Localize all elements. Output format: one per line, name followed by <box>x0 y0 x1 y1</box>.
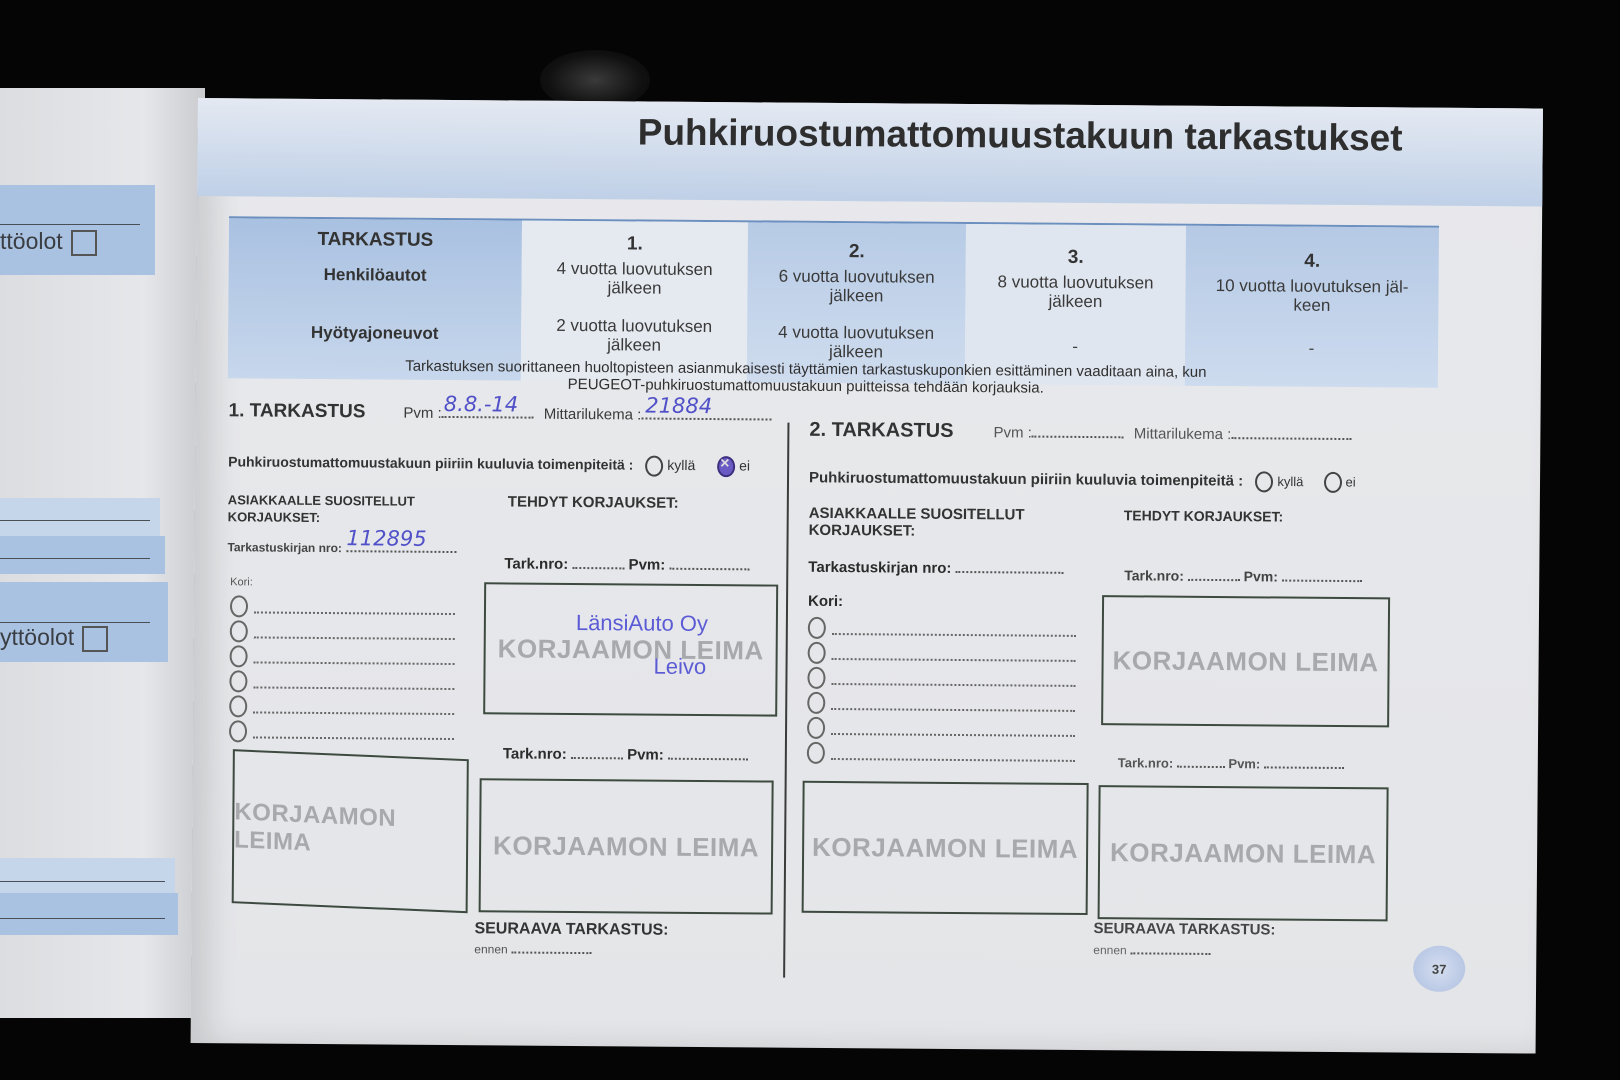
mittari-value: 21884 <box>645 394 712 419</box>
next-label: SEURAAVA TARKASTUS: <box>1093 920 1275 938</box>
stamp-box-1c: KORJAAMON LEIMA <box>479 778 774 914</box>
left-band <box>0 858 175 898</box>
dotted-line <box>254 599 455 615</box>
book-number-row: Tarkastuskirjan nro: 112895 <box>227 538 456 558</box>
dotted-line <box>254 624 455 640</box>
tark-field[interactable] <box>1177 766 1225 768</box>
column-number: 2. <box>748 240 966 264</box>
tark-label: Tark.nro: <box>504 555 568 573</box>
pvm2-label: Pvm: <box>1228 756 1260 771</box>
kori-item[interactable] <box>230 618 455 645</box>
next-inspection-2: SEURAAVA TARKASTUS: ennen <box>1093 920 1275 958</box>
mittari-field[interactable] <box>1231 437 1351 440</box>
book-number-row: Tarkastuskirjan nro: <box>808 559 1063 578</box>
mittari-label: Mittarilukema : <box>544 406 642 424</box>
left-line <box>0 918 165 919</box>
schedule-header: TARKASTUS <box>229 228 522 252</box>
left-lower-label: yttöolot <box>0 624 108 652</box>
kori-item[interactable] <box>808 640 1076 667</box>
tark-field[interactable] <box>572 567 624 569</box>
radio-ei-checked[interactable] <box>717 456 735 477</box>
before-label: ennen <box>474 942 507 956</box>
book-no-value: 112895 <box>346 526 426 551</box>
kori-item[interactable] <box>230 593 455 620</box>
next-inspection-1: SEURAAVA TARKASTUS: ennen <box>474 920 668 958</box>
book-no-field[interactable] <box>956 571 1064 574</box>
cell-henkiloautot: 10 vuotta luovutuksen jäl-keen <box>1185 276 1438 316</box>
warranty-question: Puhkiruostumattomuustakuun piiriin kuulu… <box>228 452 773 477</box>
left-line <box>0 622 150 623</box>
cell-hyotyajoneuvot: 4 vuotta luovutuksen jälkeen <box>747 322 965 362</box>
kori-item[interactable] <box>807 690 1075 717</box>
kori-label: Kori: <box>808 593 843 610</box>
checkbox-circle[interactable] <box>229 670 247 692</box>
inspection-1-header: 1. TARKASTUS Pvm : 8.8.-14 Mittarilukema… <box>228 400 773 426</box>
pvm2-field[interactable] <box>668 758 748 761</box>
cell-hyotyajoneuvot: - <box>1185 338 1438 359</box>
checkbox-circle[interactable] <box>230 620 248 642</box>
option-no-label: ei <box>1346 474 1356 489</box>
repairs-headers: ASIAKKAALLE SUOSITELLUT KORJAUKSET: TEHD… <box>809 505 1399 544</box>
pvm2-label: Pvm: <box>629 556 666 573</box>
dotted-line <box>831 670 1075 686</box>
checkbox-circle[interactable] <box>808 616 826 638</box>
stamp-placeholder: KORJAAMON LEIMA <box>493 830 759 863</box>
schedule-label-column: TARKASTUS Henkilöautot Hyötyajoneuvot <box>228 218 522 380</box>
before-label: ennen <box>1093 943 1126 957</box>
left-band <box>0 536 165 574</box>
dotted-line <box>253 674 454 690</box>
kori-item[interactable] <box>229 718 454 745</box>
repairs-headers: ASIAKKAALLE SUOSITELLUT KORJAUKSET: TEHD… <box>228 491 773 529</box>
stamp-placeholder: KORJAAMON LEIMA <box>234 798 466 864</box>
option-no-label: ei <box>739 457 750 473</box>
before-field[interactable] <box>511 951 591 954</box>
checkbox[interactable] <box>71 230 97 256</box>
stamp-placeholder: KORJAAMON LEIMA <box>812 831 1078 864</box>
inspection-2: 2. TARKASTUS Pvm : Mittarilukema : Puhki… <box>809 419 1400 544</box>
row-label-henkiloautot: Henkilöautot <box>229 264 522 286</box>
cell-hyotyajoneuvot: - <box>965 336 1185 357</box>
pvm2-label: Pvm: <box>1244 568 1278 584</box>
done-label: TEHDYT KORJAUKSET: <box>508 493 679 528</box>
left-lower-text: yttöolot <box>0 624 74 650</box>
inspection-title: 2. TARKASTUS <box>809 419 953 443</box>
done-label: TEHDYT KORJAUKSET: <box>1124 507 1284 542</box>
left-upper-text: ttöolot <box>0 228 63 254</box>
pvm-field[interactable] <box>1032 436 1124 439</box>
checkbox-circle[interactable] <box>807 691 825 713</box>
stamp-box-1a: KORJAAMON LEIMA LänsiAuto Oy Leivo <box>483 582 778 716</box>
left-band <box>0 893 178 935</box>
option-yes-label: kyllä <box>1277 474 1303 489</box>
pvm-field[interactable]: 8.8.-14 <box>442 416 534 419</box>
shop-stamp-city: Leivo <box>653 654 706 680</box>
left-line <box>0 881 165 882</box>
tark-label: Tark.nro: <box>1124 567 1184 583</box>
stamp-placeholder: KORJAAMON LEIMA <box>1110 837 1376 870</box>
kori-item[interactable] <box>229 668 454 695</box>
stamp-box-2c: KORJAAMON LEIMA <box>1098 785 1389 921</box>
kori-list-2 <box>807 615 1076 767</box>
pvm2-field[interactable] <box>1264 766 1344 769</box>
tark-field[interactable] <box>571 757 623 759</box>
cell-henkiloautot: 8 vuotta luovutuksen jälkeen <box>965 272 1185 312</box>
left-upper-label: ttöolot <box>0 228 97 256</box>
inspection-title: 1. TARKASTUS <box>228 400 365 423</box>
checkbox-circle[interactable] <box>230 595 248 617</box>
checkbox-circle[interactable] <box>807 666 825 688</box>
kori-item[interactable] <box>807 715 1075 742</box>
column-number: 3. <box>966 246 1186 270</box>
left-page: ttöolot yttöolot <box>0 88 205 1018</box>
recommended-label: ASIAKKAALLE SUOSITELLUT KORJAUKSET: <box>228 491 508 527</box>
cell-henkiloautot: 4 vuotta luovutuksen jälkeen <box>521 259 747 299</box>
tark-row-4: Tark.nro: Pvm: <box>1118 755 1344 772</box>
tark-field[interactable] <box>1188 579 1240 581</box>
question-text: Puhkiruostumattomuustakuun piiriin kuulu… <box>809 469 1243 489</box>
kori-item[interactable] <box>230 643 455 670</box>
dotted-line <box>832 645 1076 661</box>
radio-ei[interactable] <box>1323 472 1341 493</box>
page-number-badge: 37 <box>1413 946 1465 992</box>
inspection-2-header: 2. TARKASTUS Pvm : Mittarilukema : <box>809 419 1399 447</box>
pvm-value: 8.8.-14 <box>444 392 519 417</box>
dotted-line <box>831 695 1075 711</box>
kori-item[interactable] <box>807 665 1075 692</box>
checkbox-circle[interactable] <box>229 720 247 742</box>
pvm2-field[interactable] <box>669 568 749 571</box>
mittari-field[interactable]: 21884 <box>641 417 771 420</box>
pvm2-field[interactable] <box>1282 580 1362 583</box>
option-yes-label: kyllä <box>667 457 695 473</box>
dotted-line <box>831 745 1075 761</box>
tark-label: Tark.nro: <box>503 745 567 763</box>
question-text: Puhkiruostumattomuustakuun piiriin kuulu… <box>228 453 633 472</box>
dotted-line <box>254 649 455 665</box>
next-label: SEURAAVA TARKASTUS: <box>474 920 668 940</box>
inspection-1: 1. TARKASTUS Pvm : 8.8.-14 Mittarilukema… <box>228 400 774 529</box>
row-label-hyotyajoneuvot: Hyötyajoneuvot <box>228 322 521 344</box>
stamp-box-2b: KORJAAMON LEIMA <box>802 781 1089 915</box>
checkbox-circle[interactable] <box>807 741 825 763</box>
checkbox-circle[interactable] <box>808 641 826 663</box>
cell-henkiloautot: 6 vuotta luovutuksen jälkeen <box>747 266 965 306</box>
mittari-label: Mittarilukema : <box>1134 425 1232 443</box>
page-title: Puhkiruostumattomuustakuun tarkastukset <box>638 111 1403 159</box>
tark-label: Tark.nro: <box>1118 755 1174 770</box>
shop-stamp-name: LänsiAuto Oy <box>576 610 708 637</box>
before-field[interactable] <box>1130 952 1210 955</box>
dotted-line <box>831 720 1075 736</box>
column-number: 4. <box>1186 250 1439 274</box>
dotted-line <box>832 620 1076 636</box>
kori-item[interactable] <box>807 740 1075 767</box>
tark-row-3: Tark.nro: Pvm: <box>1124 567 1362 585</box>
tark-row-1: Tark.nro: Pvm: <box>504 555 749 574</box>
warranty-question: Puhkiruostumattomuustakuun piiriin kuulu… <box>809 468 1399 494</box>
dotted-line <box>253 699 454 715</box>
left-line <box>0 558 150 559</box>
cell-hyotyajoneuvot: 2 vuotta luovutuksen jälkeen <box>521 316 747 356</box>
tark-row-2: Tark.nro: Pvm: <box>503 745 748 764</box>
left-band <box>0 498 160 538</box>
booklet-page: Puhkiruostumattomuustakuun tarkastukset … <box>191 98 1543 1054</box>
stamp-box-1b: KORJAAMON LEIMA <box>232 749 469 913</box>
recommended-label: ASIAKKAALLE SUOSITELLUT KORJAUKSET: <box>809 505 1124 541</box>
pvm-label: Pvm : <box>403 405 441 422</box>
dotted-line <box>253 724 454 740</box>
column-divider <box>783 423 789 978</box>
stamp-box-2a: KORJAAMON LEIMA <box>1101 595 1390 727</box>
book-no-label: Tarkastuskirjan nro: <box>808 559 951 577</box>
kori-item[interactable] <box>229 693 454 720</box>
pvm2-label: Pvm: <box>627 746 664 763</box>
left-line <box>0 520 150 521</box>
radio-kylla[interactable] <box>645 456 663 477</box>
stamp-placeholder: KORJAAMON LEIMA <box>1112 645 1378 678</box>
pvm-label: Pvm : <box>993 424 1031 441</box>
book-no-label: Tarkastuskirjan nro: <box>227 540 342 555</box>
kori-item[interactable] <box>808 615 1076 642</box>
checkbox-circle[interactable] <box>807 716 825 738</box>
checkbox[interactable] <box>82 626 108 652</box>
kori-list-1 <box>229 593 455 745</box>
column-number: 1. <box>522 233 748 257</box>
left-line <box>0 224 140 225</box>
stamp-placeholder: KORJAAMON LEIMA <box>498 633 764 666</box>
book-no-field[interactable]: 112895 <box>346 550 456 553</box>
kori-label: Kori: <box>230 576 253 588</box>
checkbox-circle[interactable] <box>229 695 247 717</box>
checkbox-circle[interactable] <box>230 645 248 667</box>
radio-kylla[interactable] <box>1255 471 1273 492</box>
